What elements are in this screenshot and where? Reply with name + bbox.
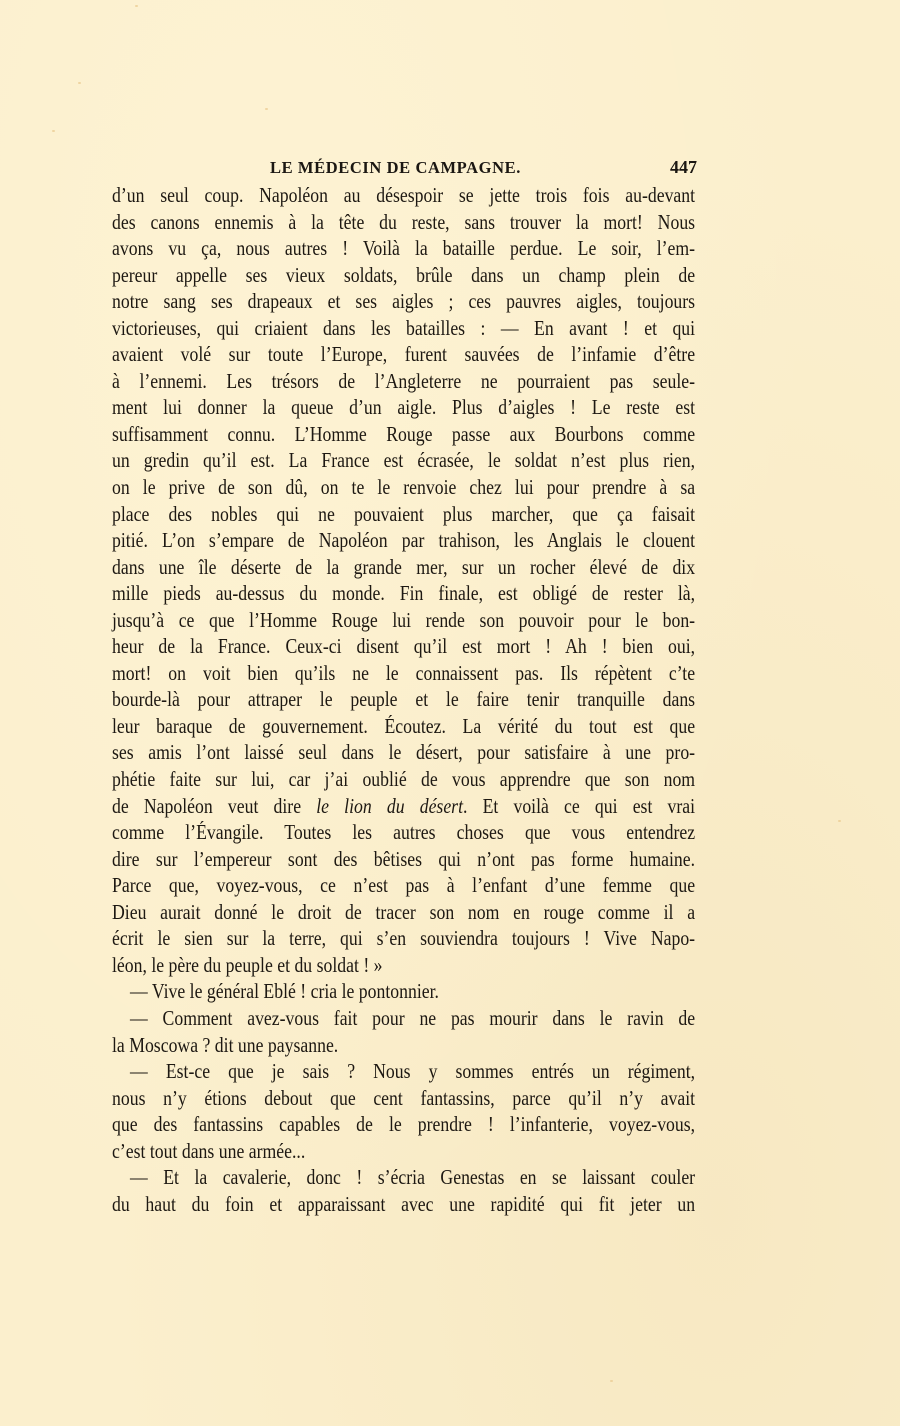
text-line: la Moscowa ? dit une paysanne. xyxy=(112,1033,695,1060)
body-text: d’un seul coup. Napoléon au désespoir se… xyxy=(112,183,695,1218)
text-line: des canons ennemis à la tête du reste, s… xyxy=(112,210,695,237)
book-page: LE MÉDECIN DE CAMPAGNE. 447 d’un seul co… xyxy=(0,0,900,1426)
text-line: pereur appelle ses vieux soldats, brûle … xyxy=(112,263,695,290)
text-line: on le prive de son dû, on te le renvoie … xyxy=(112,475,695,502)
text-line: Dieu aurait donné le droit de tracer son… xyxy=(112,900,695,927)
text-line: phétie faite sur lui, car j’ai oublié de… xyxy=(112,767,695,794)
paper-speck xyxy=(838,820,841,822)
paper-speck xyxy=(610,1380,613,1382)
text-line: écrit le sien sur la terre, qui s’en sou… xyxy=(112,926,695,953)
text-line: comme l’Évangile. Toutes les autres chos… xyxy=(112,820,695,847)
text-line: heur de la France. Ceux-ci disent qu’il … xyxy=(112,634,695,661)
text-line: d’un seul coup. Napoléon au désespoir se… xyxy=(112,183,695,210)
text-line: avaient volé sur toute l’Europe, furent … xyxy=(112,342,695,369)
text-line: pitié. L’on s’empare de Napoléon par tra… xyxy=(112,528,695,555)
paper-speck xyxy=(135,5,138,7)
text-line: suffisamment connu. L’Homme Rouge passe … xyxy=(112,422,695,449)
text-line: mille pieds au-dessus du monde. Fin fina… xyxy=(112,581,695,608)
text-line: nous n’y étions debout que cent fantassi… xyxy=(112,1086,695,1113)
text-line: du haut du foin et apparaissant avec une… xyxy=(112,1192,695,1219)
running-title: LE MÉDECIN DE CAMPAGNE. xyxy=(270,158,521,178)
paper-speck xyxy=(78,82,81,84)
text-line: dire sur l’empereur sont des bêtises qui… xyxy=(112,847,695,874)
paper-speck xyxy=(265,108,268,110)
text-line: place des nobles qui ne pouvaient plus m… xyxy=(112,502,695,529)
text-line: c’est tout dans une armée... xyxy=(112,1139,695,1166)
text-line: ses amis l’ont laissé seul dans le déser… xyxy=(112,740,695,767)
text-line: Parce que, voyez-vous, ce n’est pas à l’… xyxy=(112,873,695,900)
dialogue-line: — Est-ce que je sais ? Nous y sommes ent… xyxy=(112,1059,695,1086)
text-line: mort! on voit bien qu’ils ne le connaiss… xyxy=(112,661,695,688)
page-header: LE MÉDECIN DE CAMPAGNE. 447 xyxy=(110,158,695,186)
text-line: à l’ennemi. Les trésors de l’Angleterre … xyxy=(112,369,695,396)
text-segment: . Et voilà ce qui est vrai xyxy=(463,796,695,818)
italic-phrase: le lion du désert xyxy=(316,796,463,818)
text-line: avons vu ça, nous autres ! Voilà la bata… xyxy=(112,236,695,263)
text-line: victorieuses, qui criaient dans les bata… xyxy=(112,316,695,343)
text-line: leur baraque de gouvernement. Écoutez. L… xyxy=(112,714,695,741)
text-line: dans une île déserte de la grande mer, s… xyxy=(112,555,695,582)
text-line: que des fantassins capables de le prendr… xyxy=(112,1112,695,1139)
paper-speck xyxy=(52,130,55,132)
text-line-with-italic: de Napoléon veut dire le lion du désert.… xyxy=(112,794,695,821)
page-number: 447 xyxy=(670,157,697,178)
text-line: un gredin qu’il est. La France est écras… xyxy=(112,448,695,475)
text-line: léon, le père du peuple et du soldat ! » xyxy=(112,953,695,980)
dialogue-line: — Vive le général Eblé ! cria le pontonn… xyxy=(112,979,695,1006)
dialogue-line: — Et la cavalerie, donc ! s’écria Genest… xyxy=(112,1165,695,1192)
text-segment: de Napoléon veut dire xyxy=(112,796,316,818)
dialogue-line: — Comment avez-vous fait pour ne pas mou… xyxy=(112,1006,695,1033)
text-line: bourde-là pour attraper le peuple et le … xyxy=(112,687,695,714)
text-line: jusqu’à ce que l’Homme Rouge lui rende s… xyxy=(112,608,695,635)
text-line: ment lui donner la queue d’un aigle. Plu… xyxy=(112,395,695,422)
text-line: notre sang ses drapeaux et ses aigles ; … xyxy=(112,289,695,316)
